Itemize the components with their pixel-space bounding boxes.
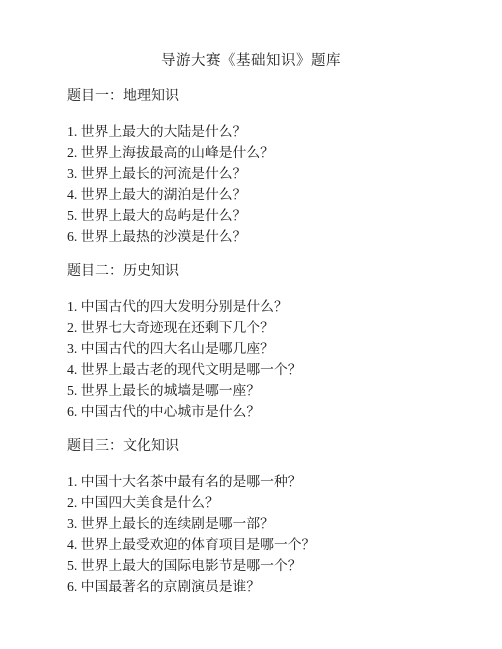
question-line: 6. 中国最著名的京剧演员是谁？ [67, 576, 435, 597]
question-line: 6. 世界上最热的沙漠是什么？ [67, 226, 435, 247]
section-heading: 题目一：地理知识 [67, 86, 435, 107]
document-page: 导游大赛《基础知识》题库 题目一：地理知识 1. 世界上最大的大陆是什么？ 2.… [0, 0, 502, 649]
question-line: 4. 世界上最大的湖泊是什么？ [67, 184, 435, 205]
question-line: 2. 世界七大奇迹现在还剩下几个？ [67, 317, 435, 338]
question-line: 1. 中国古代的四大发明分别是什么？ [67, 296, 435, 317]
question-line: 3. 中国古代的四大名山是哪几座？ [67, 338, 435, 359]
question-line: 1. 世界上最大的大陆是什么？ [67, 121, 435, 142]
question-line: 1. 中国十大名茶中最有名的是哪一种？ [67, 471, 435, 492]
document-title: 导游大赛《基础知识》题库 [67, 51, 435, 72]
question-line: 6. 中国古代的中心城市是什么？ [67, 401, 435, 422]
question-section: 题目一：地理知识 1. 世界上最大的大陆是什么？ 2. 世界上海拔最高的山峰是什… [67, 86, 435, 247]
sections-container: 题目一：地理知识 1. 世界上最大的大陆是什么？ 2. 世界上海拔最高的山峰是什… [67, 86, 435, 597]
question-line: 5. 世界上最大的国际电影节是哪一个？ [67, 555, 435, 576]
question-line: 2. 中国四大美食是什么？ [67, 492, 435, 513]
question-line: 4. 世界上最受欢迎的体育项目是哪一个？ [67, 534, 435, 555]
question-section: 题目三：文化知识 1. 中国十大名茶中最有名的是哪一种？ 2. 中国四大美食是什… [67, 436, 435, 597]
question-line: 5. 世界上最大的岛屿是什么？ [67, 205, 435, 226]
question-list: 1. 世界上最大的大陆是什么？ 2. 世界上海拔最高的山峰是什么？ 3. 世界上… [67, 121, 435, 247]
question-list: 1. 中国古代的四大发明分别是什么？ 2. 世界七大奇迹现在还剩下几个？ 3. … [67, 296, 435, 422]
question-line: 5. 世界上最长的城墙是哪一座？ [67, 380, 435, 401]
question-line: 3. 世界上最长的河流是什么？ [67, 163, 435, 184]
question-line: 3. 世界上最长的连续剧是哪一部？ [67, 513, 435, 534]
section-heading: 题目三：文化知识 [67, 436, 435, 457]
question-line: 4. 世界上最古老的现代文明是哪一个？ [67, 359, 435, 380]
question-section: 题目二：历史知识 1. 中国古代的四大发明分别是什么？ 2. 世界七大奇迹现在还… [67, 261, 435, 422]
section-heading: 题目二：历史知识 [67, 261, 435, 282]
question-list: 1. 中国十大名茶中最有名的是哪一种？ 2. 中国四大美食是什么？ 3. 世界上… [67, 471, 435, 597]
question-line: 2. 世界上海拔最高的山峰是什么？ [67, 142, 435, 163]
